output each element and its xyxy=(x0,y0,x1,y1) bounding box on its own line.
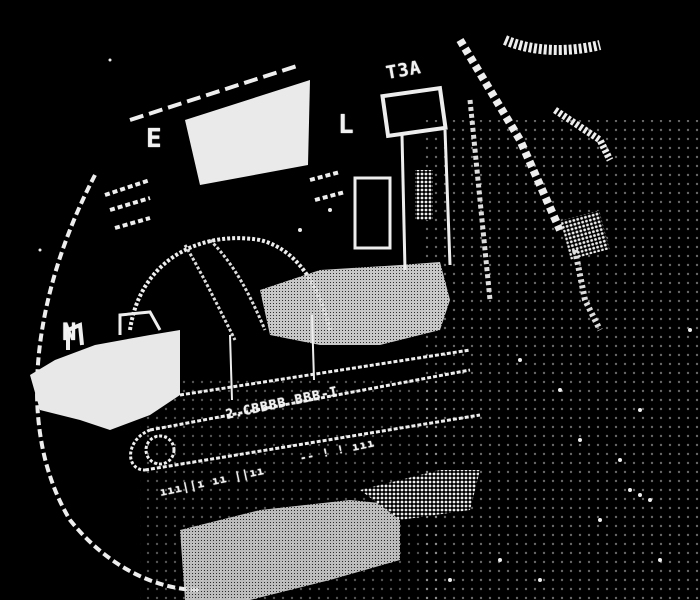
label-n: N xyxy=(62,318,77,346)
noise-field xyxy=(420,120,700,600)
dithered-scene xyxy=(0,0,700,600)
label-e: E xyxy=(146,124,163,154)
label-l: L xyxy=(338,110,355,140)
